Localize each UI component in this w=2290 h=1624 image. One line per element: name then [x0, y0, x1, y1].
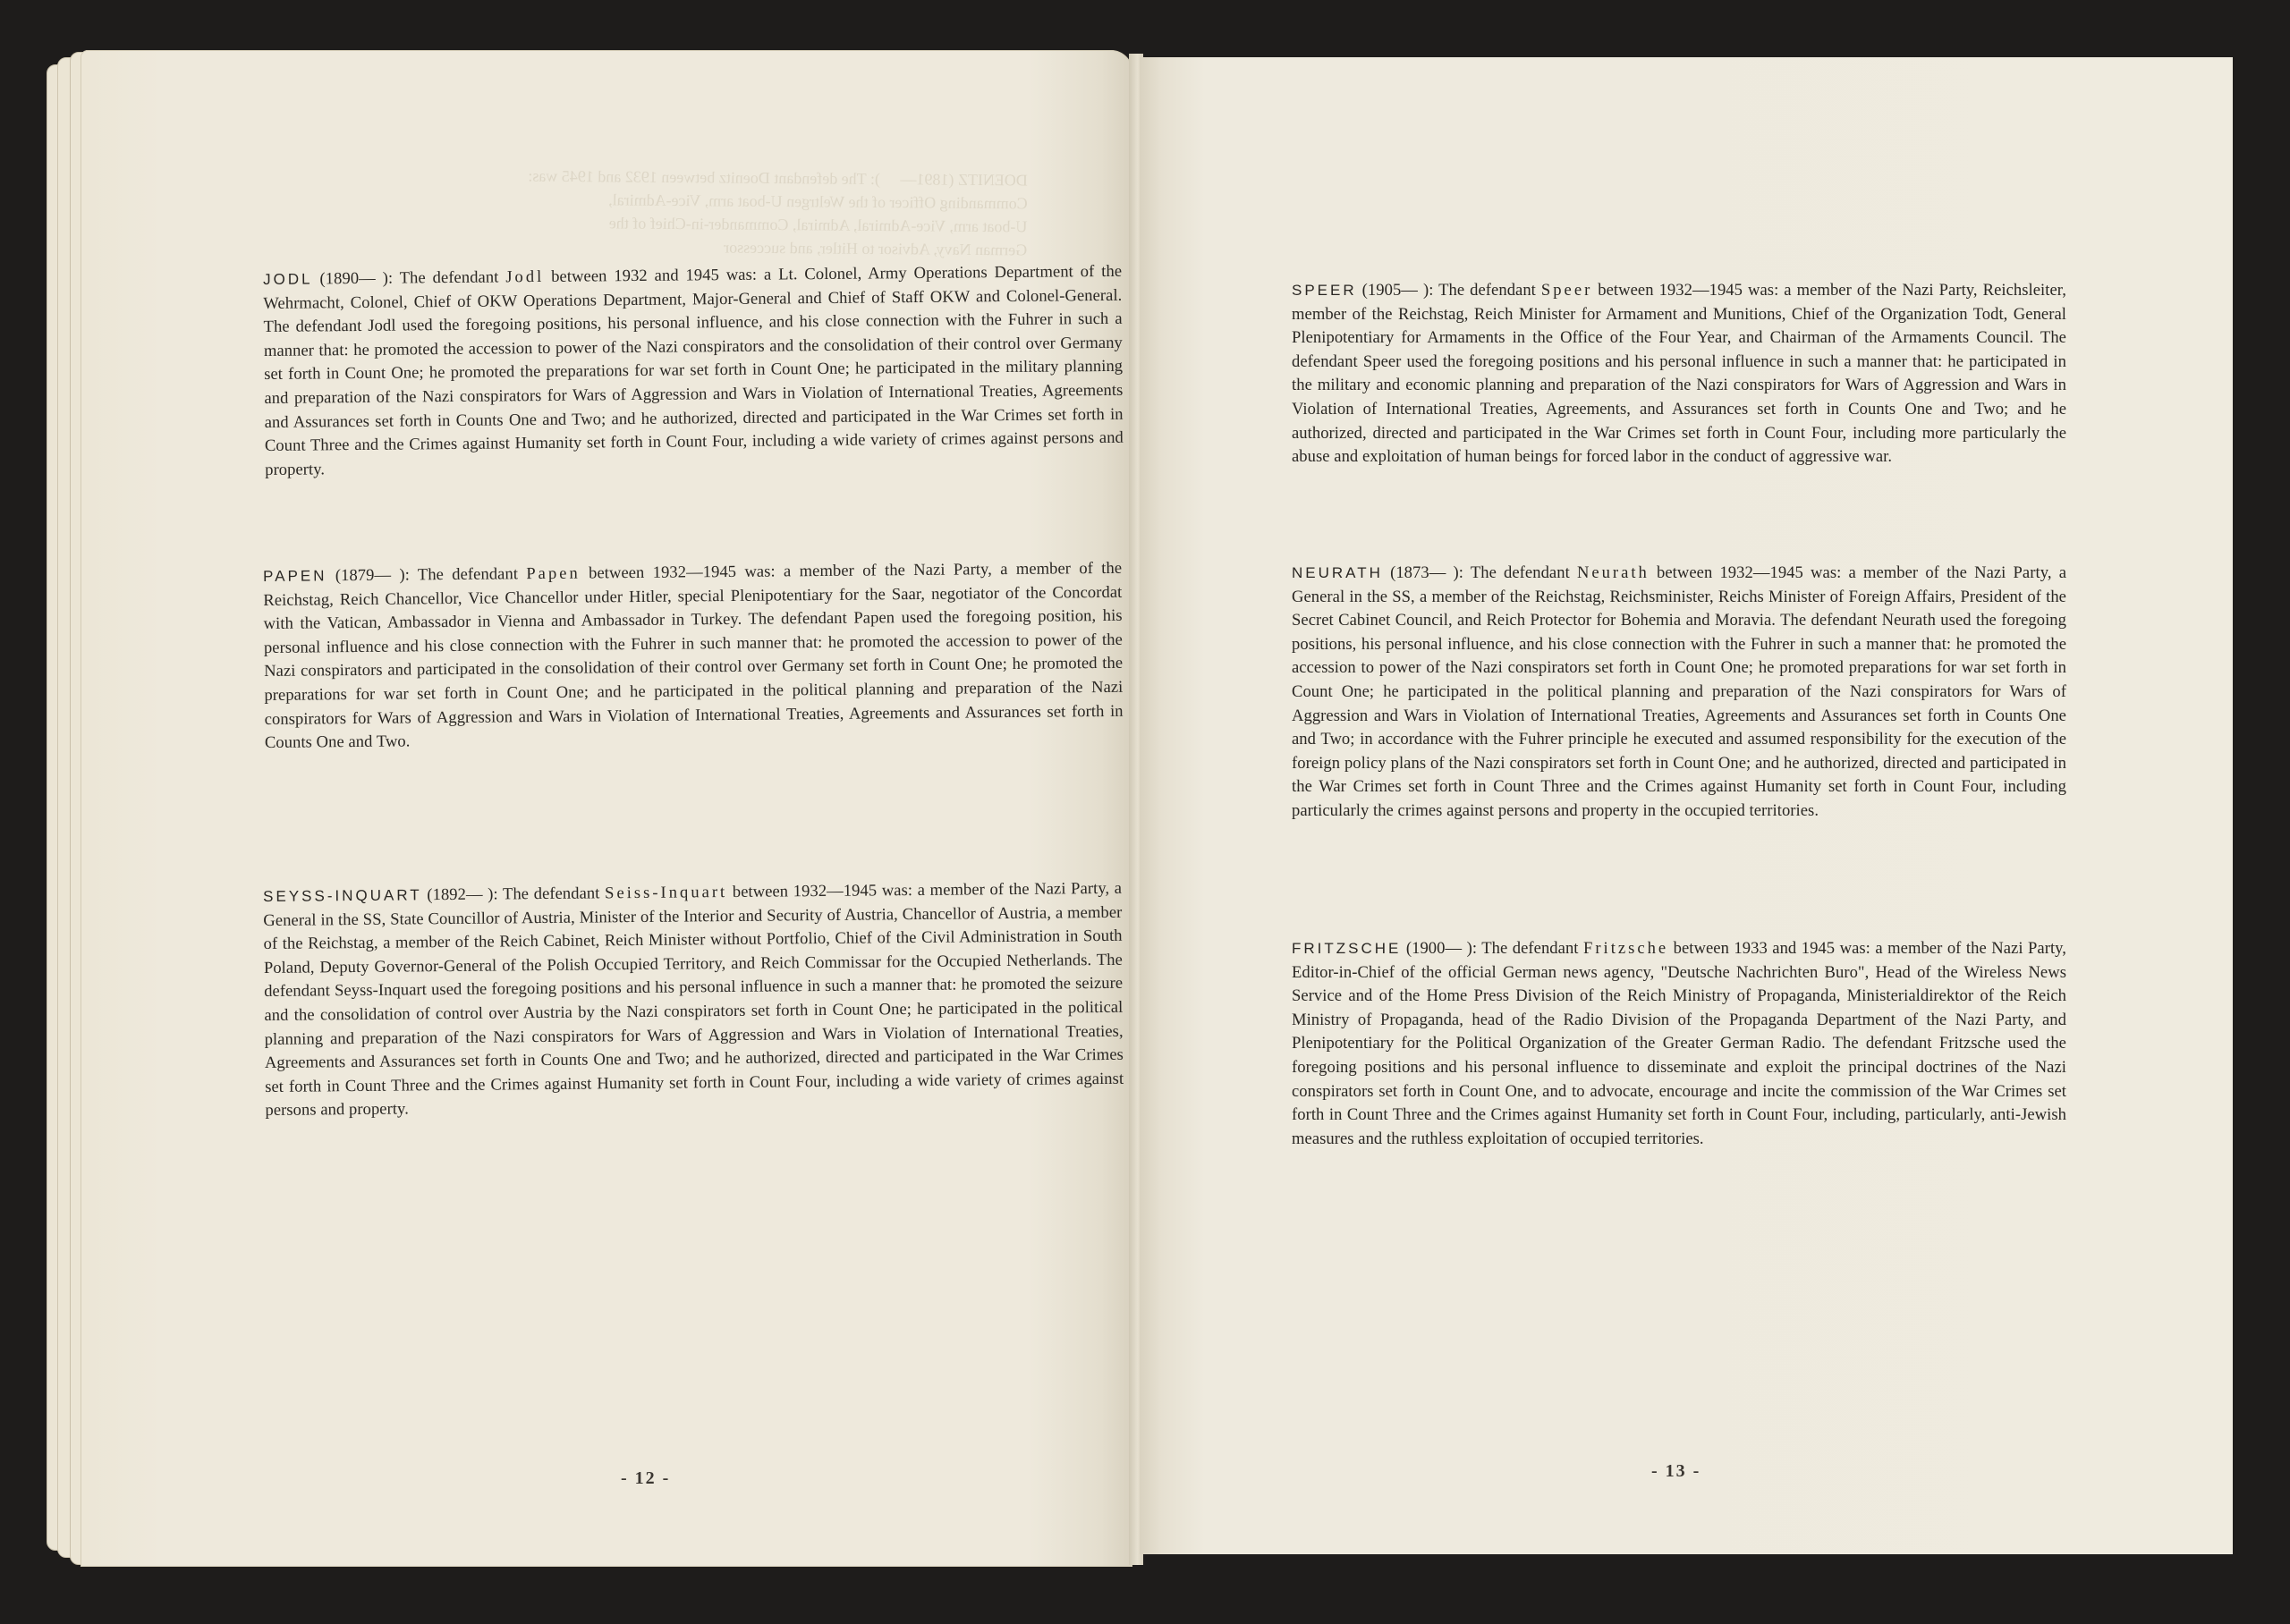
entry-intro: : The defendant [405, 564, 527, 584]
defendant-name-spaced: Speer [1541, 281, 1592, 300]
entry-speer: SPEER (1905— ): The defendant Speer betw… [1292, 279, 2066, 469]
left-page: DOENITZ (1891— ): The defendant Doenitz … [81, 50, 1132, 1567]
defendant-dates: (1879— ) [335, 565, 405, 585]
defendant-dates: (1892— ) [427, 885, 493, 905]
entry-text: between 1932—1945 was: a member of the N… [1292, 563, 2066, 820]
defendant-name-spaced: Fritzsche [1583, 939, 1668, 958]
entry-seyss-inquart: SEYSS-INQUART (1892— ): The defendant Se… [263, 877, 1124, 1123]
right-page: SPEER (1905— ): The defendant Speer betw… [1140, 57, 2233, 1554]
entry-intro: : The defendant [493, 884, 605, 903]
defendant-name: PAPEN [263, 567, 327, 585]
entry-text: between 1932—1945 was: a member of the N… [1292, 281, 2066, 466]
defendant-name: SPEER [1292, 282, 1357, 299]
entry-intro: : The defendant [1429, 281, 1541, 300]
entry-intro: : The defendant [1459, 563, 1577, 582]
show-through-text: DOENITZ (1891— ): The defendant Doenitz … [528, 165, 1028, 262]
defendant-name: NEURATH [1292, 564, 1383, 581]
defendant-name-spaced: Seiss-Inquart [605, 883, 727, 902]
page-number-left: - 12 - [621, 1468, 670, 1489]
defendant-name-spaced: Papen [526, 564, 581, 584]
defendant-dates: (1905— ) [1362, 281, 1429, 300]
defendant-name: FRITZSCHE [1292, 940, 1401, 957]
entry-text: between 1932—1945 was: a member of the N… [263, 879, 1124, 1121]
entry-text: between 1932 and 1945 was: a Lt. Colonel… [263, 262, 1124, 479]
defendant-dates: (1890— ) [319, 269, 388, 289]
defendant-dates: (1900— ) [1406, 939, 1472, 958]
entry-neurath: NEURATH (1873— ): The defendant Neurath … [1292, 562, 2066, 824]
defendant-name: SEYSS-INQUART [263, 886, 422, 905]
entry-papen: PAPEN (1879— ): The defendant Papen betw… [263, 557, 1124, 756]
entry-text: between 1933 and 1945 was: a member of t… [1292, 939, 2066, 1148]
entry-intro: : The defendant [388, 267, 506, 287]
entry-text: between 1932—1945 was: a member of the N… [263, 559, 1123, 752]
defendant-name-spaced: Jodl [505, 267, 544, 286]
defendant-name-spaced: Neurath [1577, 563, 1650, 582]
entry-jodl: JODL (1890— ): The defendant Jodl betwee… [263, 260, 1124, 483]
entry-intro: : The defendant [1472, 939, 1583, 958]
defendant-name: JODL [263, 270, 313, 288]
book-spread: DOENITZ (1891— ): The defendant Doenitz … [0, 0, 2290, 1624]
page-number-right: - 13 - [1651, 1461, 1701, 1482]
entry-fritzsche: FRITZSCHE (1900— ): The defendant Fritzs… [1292, 937, 2066, 1151]
defendant-dates: (1873— ) [1390, 563, 1459, 582]
